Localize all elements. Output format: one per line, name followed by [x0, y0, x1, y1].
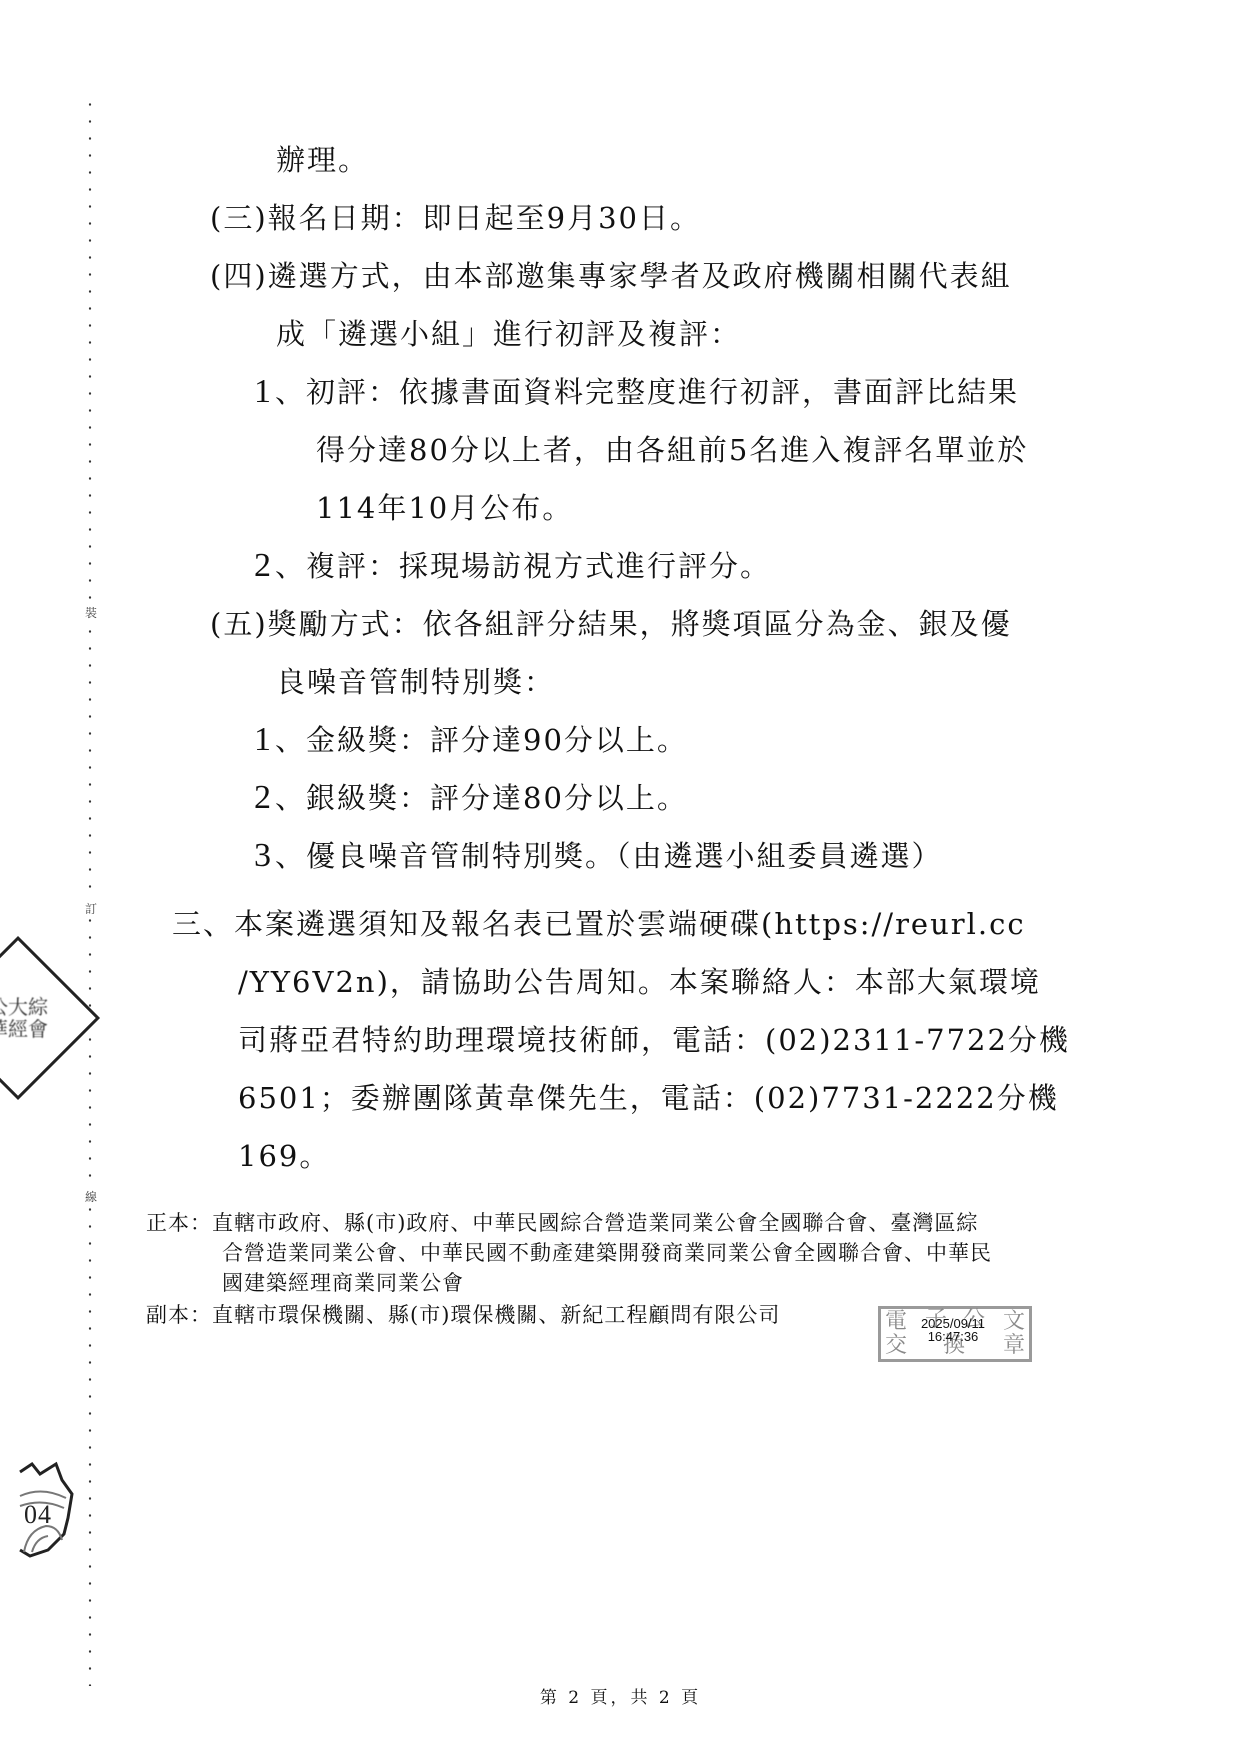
binding-label-ding: 訂	[83, 902, 99, 916]
distribution-copy: 副本：直轄市環保機關、縣(市)環保機關、新紀工程顧問有限公司	[146, 1302, 780, 1328]
item-number: 3	[254, 837, 271, 874]
part-3-line3: 司蔣亞君特約助理環境技術師，電話：(02)2311-7722分機	[238, 1022, 1070, 1058]
stamp-time: 16:47:36	[913, 1330, 993, 1343]
e-document-exchange-stamp: 電 子 公 文 交 換 章 2025/09/11 16:47:36	[878, 1306, 1032, 1362]
stamp-char: 交	[885, 1335, 907, 1357]
section-5-text-line2: 良噪音管制特別獎：	[276, 664, 555, 700]
section-3-text: 報名日期：即日起至9月30日。	[268, 201, 701, 235]
section-5-marker: (五)	[210, 606, 268, 642]
item-text: 優良噪音管制特別獎。（由遴選小組委員遴選）	[306, 839, 943, 873]
section-3-marker: (三)	[210, 200, 268, 236]
stamp-datetime: 2025/09/11 16:47:36	[913, 1317, 993, 1343]
item-separator: 、	[275, 781, 306, 815]
item-text: 複評：採現場訪視方式進行評分。	[306, 549, 771, 583]
stamp-char: 文	[1003, 1311, 1025, 1333]
part-3-line2: /YY6V2n)，請協助公告周知。本案聯絡人：本部大氣環境	[238, 964, 1041, 1000]
section-4: (四)遴選方式，由本部邀集專家學者及政府機關相關代表組	[210, 258, 1012, 294]
item-number: 2	[254, 779, 271, 816]
section-4-marker: (四)	[210, 258, 268, 294]
original-line1: 直轄市政府、縣(市)政府、中華民國綜合營造業同業公會全國聯合會、臺灣區綜	[212, 1211, 978, 1235]
section-5-item-2: 2、銀級獎：評分達80分以上。	[254, 780, 688, 816]
copy-label: 副本：	[146, 1303, 212, 1327]
binding-dotted-line	[86, 96, 94, 1686]
section-4-text-line1: 遴選方式，由本部邀集專家學者及政府機關相關代表組	[268, 259, 1012, 293]
section-5-item-1: 1、金級獎：評分達90分以上。	[254, 722, 688, 758]
item-separator: 、	[275, 549, 306, 583]
binding-label-xian: 線	[83, 1190, 99, 1204]
original-line2: 合營造業同業公會、中華民國不動產建築開發商業同業公會全國聯合會、中華民	[222, 1240, 992, 1266]
item-separator: 、	[275, 839, 306, 873]
document-page: 裝 訂 線 公大綜華經會 04 辦理。 (三)報名日期：即日起至9月30日。 (…	[0, 0, 1241, 1754]
original-label: 正本：	[146, 1211, 212, 1235]
continuation-text: 辦理。	[276, 142, 369, 178]
part-3-marker: 三、	[172, 906, 234, 942]
distribution-original: 正本：直轄市政府、縣(市)政府、中華民國綜合營造業同業公會全國聯合會、臺灣區綜	[146, 1210, 978, 1236]
item-separator: 、	[275, 723, 306, 757]
part-3-line4: 6501；委辦團隊黃韋傑先生，電話：(02)7731-2222分機	[238, 1080, 1059, 1116]
section-3: (三)報名日期：即日起至9月30日。	[210, 200, 701, 236]
stamp-char: 章	[1003, 1335, 1025, 1357]
part-3-line5: 169。	[238, 1138, 330, 1174]
section-5-text-line1: 獎勵方式：依各組評分結果，將獎項區分為金、銀及優	[268, 607, 1012, 641]
part-3-line1: 本案遴選須知及報名表已置於雲端硬碟(https://reurl.cc	[234, 907, 1026, 941]
seal-flower-number: 04	[24, 1500, 52, 1530]
section-4-item-1-line3: 114年10月公布。	[316, 490, 573, 526]
original-line3: 國建築經理商業同業公會	[222, 1270, 464, 1296]
section-5: (五)獎勵方式：依各組評分結果，將獎項區分為金、銀及優	[210, 606, 1012, 642]
copy-text: 直轄市環保機關、縣(市)環保機關、新紀工程顧問有限公司	[212, 1303, 780, 1327]
item-text: 金級獎：評分達90分以上。	[306, 723, 688, 757]
section-4-item-2: 2、複評：採現場訪視方式進行評分。	[254, 548, 771, 584]
item-number: 1	[254, 721, 271, 758]
item-text-line1: 初評：依據書面資料完整度進行初評，書面評比結果	[306, 375, 1019, 409]
section-4-text-line2: 成「遴選小組」進行初評及複評：	[276, 316, 741, 352]
section-4-item-1: 1、初評：依據書面資料完整度進行初評，書面評比結果	[254, 374, 1019, 410]
section-5-item-3: 3、優良噪音管制特別獎。（由遴選小組委員遴選）	[254, 838, 943, 874]
seal-diamond-text: 公大綜華經會	[0, 996, 48, 1040]
section-4-item-1-line2: 得分達80分以上者，由各組前5名進入複評名單並於	[316, 432, 1028, 468]
item-text: 銀級獎：評分達80分以上。	[306, 781, 688, 815]
item-number: 1	[254, 373, 271, 410]
part-3: 三、本案遴選須知及報名表已置於雲端硬碟(https://reurl.cc	[172, 906, 1026, 942]
item-number: 2	[254, 547, 271, 584]
item-separator: 、	[275, 375, 306, 409]
page-number: 第 2 頁，共 2 頁	[0, 1683, 1241, 1708]
binding-label-zhuang: 裝	[83, 606, 99, 620]
stamp-char: 電	[885, 1311, 907, 1333]
